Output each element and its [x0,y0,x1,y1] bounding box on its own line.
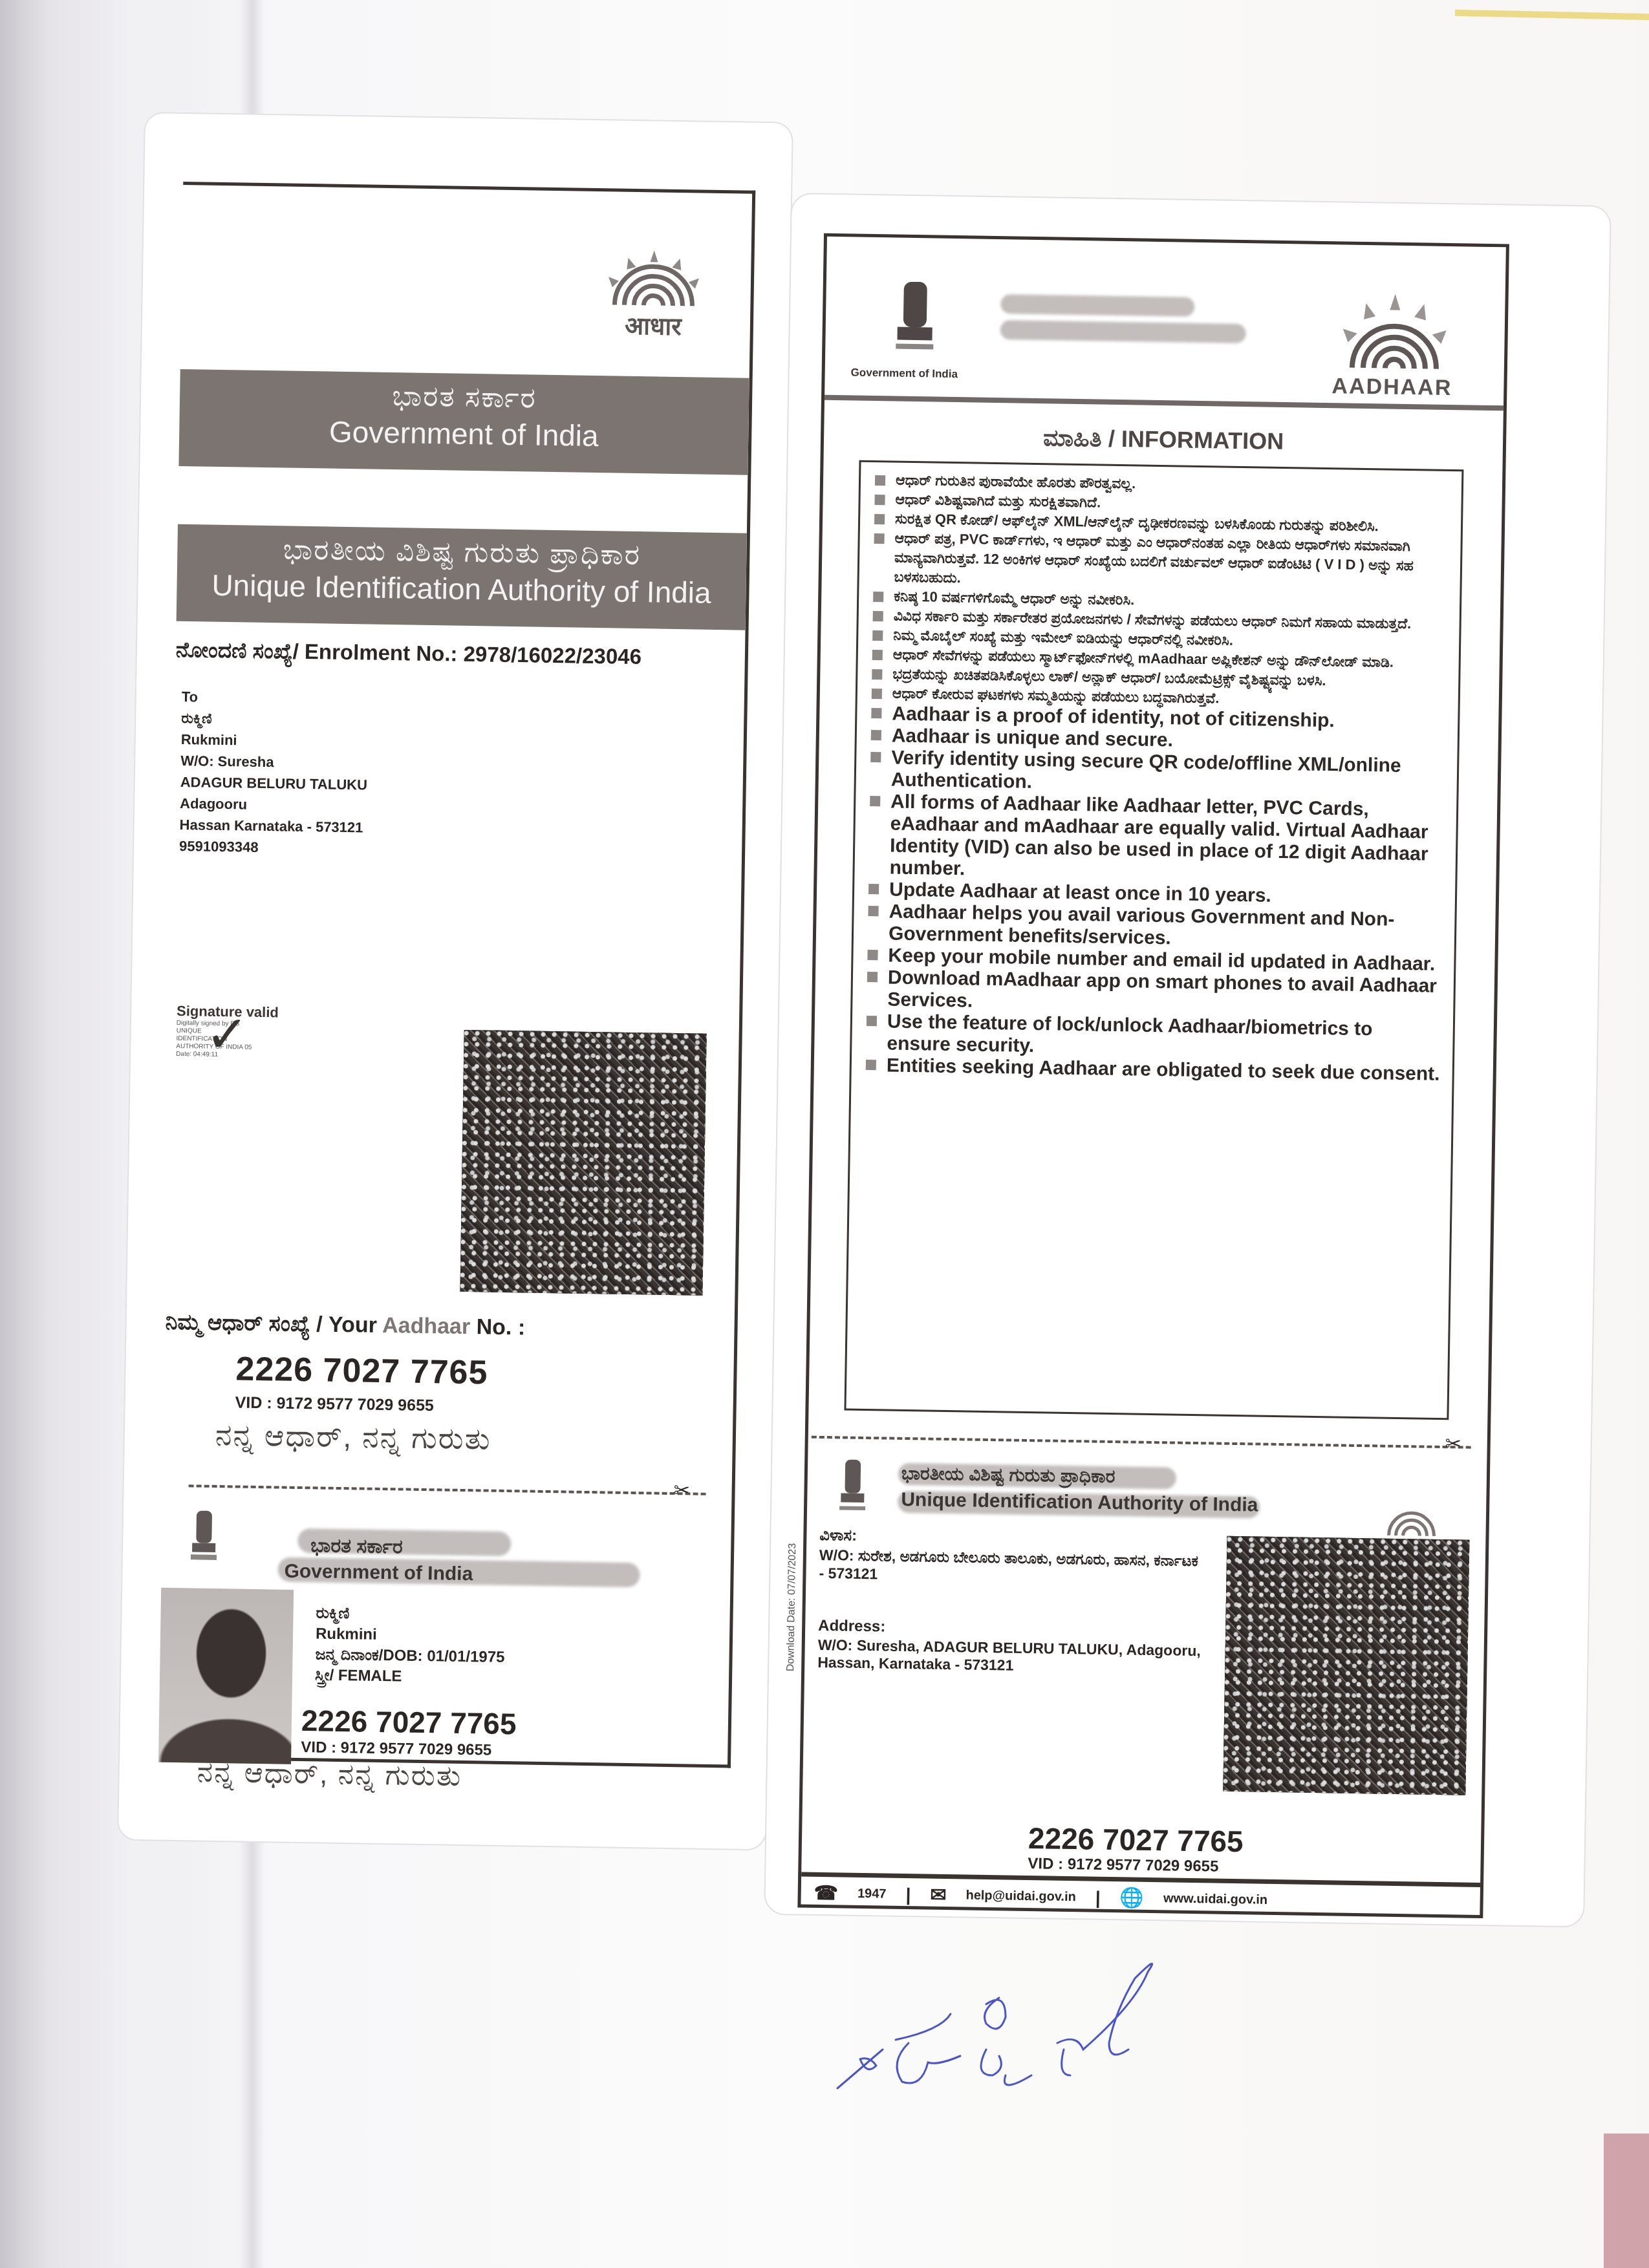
cut-line [189,1484,706,1495]
card-tagline: ನನ್ನ ಆಧಾರ್, ನನ್ನ ಗುರುತು [197,1757,462,1793]
email-address: help@uidai.gov.in [965,1888,1076,1905]
highlighter-mark [1455,10,1649,20]
holder-name-en: Rukmini [316,1623,505,1647]
qr-code [1223,1536,1469,1795]
aadhaar-letter-sheet: आधार ಭಾರತ ಸರ್ಕಾರ Government of India ಭಾರ… [118,113,792,1849]
uidai-band: ಭಾರತೀಯ ವಿಶಿಷ್ಟ ಗುರುತು ಪ್ರಾಧಿಕಾರ Unique I… [177,524,747,630]
digital-signature-block: Signature valid Digitally signed by DS U… [176,1003,319,1069]
divider: | [1095,1887,1101,1908]
address-en: W/O: Suresha, ADAGUR BELURU TALUKU, Adag… [817,1636,1232,1678]
info-item-en: All forms of Aadhaar like Aadhaar letter… [866,791,1445,888]
address-line: ರುಕ್ಮಿಣಿ [181,707,369,732]
email-icon: ✉ [930,1884,947,1907]
handwritten-signature: ರುಕ್ಮಿಣಿ [812,1952,1174,2108]
information-title: ಮಾಹಿತಿ / INFORMATION [824,421,1503,459]
download-date: Download Date: 07/07/2023 [785,1543,799,1672]
government-band: ಭಾರತ ಸರ್ಕಾರ Government of India [178,369,749,475]
national-emblem-icon [887,276,943,358]
address-line: W/O: Suresha [180,750,368,775]
aadhaar-logo-icon: आधार [588,243,719,342]
address-kn: W/O: ಸುರೇಶ, ಅಡಗೂರು ಬೇಲೂರು ತಾಲೂಕು, ಅಡಗೂರು… [819,1546,1207,1588]
scissors-icon: ✂ [1445,1433,1461,1455]
address-line: 9591093348 [179,835,367,860]
address-line: ADAGUR BELURU TALUKU [180,771,367,796]
address-line: To [182,686,369,711]
address-line: Hassan Karnataka - 573121 [179,814,367,839]
holder-gender: ಸ್ತ್ರೀ/ FEMALE [315,1665,504,1689]
address-kn-label: ವಿಳಾಸ: [819,1526,857,1545]
divider: | [905,1885,911,1905]
aadhaar-letter-card: आधार ಭಾರತ ಸರ್ಕಾರ Government of India ಭಾರ… [158,182,755,1768]
holder-name-kn: ರುಕ್ಮಿಣಿ [316,1603,505,1627]
national-emblem-icon [184,1504,224,1569]
background-edge [1604,2134,1649,2268]
scanned-page: आधार ಭಾರತ ಸರ್ಕಾರ Government of India ಭಾರ… [0,0,1649,2268]
cut-line [812,1436,1471,1449]
contact-footer: ☎ 1947 | ✉ help@uidai.gov.in | 🌐 www.uid… [814,1882,1467,1915]
enrolment-label: ನೋಂದಣಿ ಸಂಖ್ಯೆ/ Enrolment No.: [176,637,458,666]
address-en-label: Address: [818,1617,885,1636]
svg-text:आधार: आधार [625,313,683,341]
phone-number: 1947 [857,1887,887,1902]
aadhaar-number: 2226 7027 7765 [235,1349,488,1392]
government-label: Government of India [851,366,958,381]
qr-code [460,1030,706,1296]
national-emblem-icon [833,1455,872,1517]
your-aadhaar-label: ನಿಮ್ಮ ಆಧಾರ್ ಸಂಖ್ಯೆ / Your Aadhaar No. : [165,1310,525,1341]
tagline: ನನ್ನ ಆಧಾರ್, ನನ್ನ ಗುರುತು [215,1417,491,1458]
uidai-kn: ಭಾರತೀಯ ವಿಶಿಷ್ಟ ಗುರುತು ಪ್ರಾಧಿಕಾರ [901,1463,1115,1488]
holder-photo [158,1588,294,1764]
holder-dob: ಜನ್ಮ ದಿನಾಂಕ/DOB: 01/01/1975 [315,1644,504,1668]
highlight-smear [1000,320,1246,343]
info-item-kn: ಆಧಾರ್ ಪತ್ರ, PVC ಕಾರ್ಡ್‌ಗಳು, ಇ ಆಧಾರ್ ಮತ್ತ… [870,528,1449,595]
card-government-kn: ಭಾರತ ಸರ್ಕಾರ [310,1535,403,1558]
card-aadhaar-number: 2226 7027 7765 [301,1703,517,1741]
enrolment-number: ನೋಂದಣಿ ಸಂಖ್ಯೆ/ Enrolment No.: 2978/16022… [176,637,642,670]
highlight-smear [1000,294,1194,317]
enrolment-value: 2978/16022/23046 [463,642,641,669]
phone-icon: ☎ [814,1882,838,1905]
globe-icon: 🌐 [1119,1887,1144,1910]
information-box: ಆಧಾರ್ ಗುರುತಿನ ಪುರಾವೆಯೇ ಹೊರತು ಪೌರತ್ವವಲ್ಲ.… [844,460,1463,1420]
information-list: ಆಧಾರ್ ಗುರುತಿನ ಪುರಾವೆಯೇ ಹೊರತು ಪೌರತ್ವವಲ್ಲ.… [863,470,1450,1086]
aadhaar-number: 2226 7027 7765 [1028,1821,1244,1859]
uidai-en: Unique Identification Authority of India [177,564,746,611]
checkmark-icon: ✓ [205,1009,249,1061]
aadhaar-info-sheet: Government of India AADHAAR ಮಾಹಿತಿ / INF… [765,194,1610,1927]
scissors-icon: ✂ [673,1479,690,1502]
holder-details: ರುಕ್ಮಿಣಿ Rukmini ಜನ್ಮ ದಿನಾಂಕ/DOB: 01/01/… [315,1603,506,1689]
vid-number: VID : 9172 9577 7029 9655 [235,1393,434,1415]
recipient-address: To ರುಕ್ಮಿಣಿ Rukmini W/O: Suresha ADAGUR … [179,686,369,860]
website-url: www.uidai.gov.in [1163,1891,1267,1908]
aadhaar-logo-text: AADHAAR [1331,374,1452,401]
aadhaar-info-card: Government of India AADHAAR ಮಾಹಿತಿ / INF… [797,233,1509,1918]
government-en: Government of India [179,409,749,456]
card-vid-number: VID : 9172 9577 7029 9655 [301,1738,491,1760]
address-line: Rukmini [181,729,369,753]
address-line: Adagooru [180,793,367,817]
vid-number: VID : 9172 9577 7029 9655 [1028,1855,1218,1876]
card-government-en: Government of India [284,1561,473,1586]
